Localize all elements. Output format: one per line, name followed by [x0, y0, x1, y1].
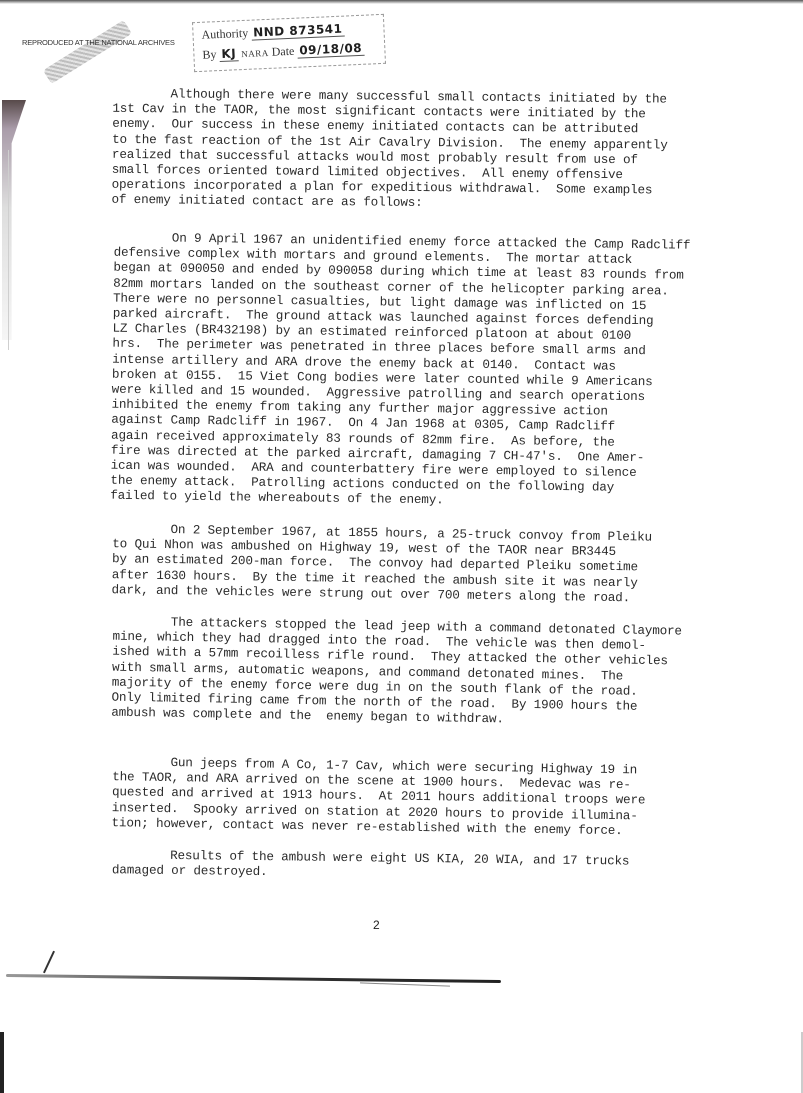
nara-label: NARA	[241, 48, 269, 59]
paragraph-attackers: The attackers stopped the lead jeep with…	[111, 615, 733, 732]
authority-row: Authority NND 873541	[201, 22, 345, 43]
paragraph-results: Results of the ambush were eight US KIA,…	[112, 848, 732, 886]
by-date-row: By KJ NARA Date 09/18/08	[202, 41, 364, 63]
pen-mark	[43, 951, 55, 974]
authority-label: Authority	[201, 26, 248, 42]
paragraph-gun-jeeps: Gun jeeps from A Co, 1-7 Cav, which were…	[111, 755, 732, 841]
scan-smudge	[43, 20, 132, 84]
date-value: 09/18/08	[297, 41, 364, 59]
page-bottom-edge-secondary	[360, 982, 450, 986]
declassification-stamp: Authority NND 873541 By KJ NARA Date 09/…	[192, 14, 386, 72]
archive-label: REPRODUCED AT THE NATIONAL ARCHIVES	[22, 38, 175, 47]
paragraph-intro: Although there were many successful smal…	[111, 87, 732, 215]
page-number: 2	[373, 918, 380, 932]
scan-left-bar	[0, 1032, 4, 1093]
authority-value: NND 873541	[251, 22, 345, 41]
paragraph-camp-radcliff: On 9 April 1967 an unidentified enemy fo…	[110, 231, 734, 513]
scan-top-edge	[0, 0, 803, 4]
scan-left-line	[8, 150, 9, 350]
by-value: KJ	[219, 46, 238, 62]
scan-left-shadow	[2, 100, 26, 340]
paragraph-convoy-ambush: On 2 September 1967, at 1855 hours, a 25…	[111, 522, 732, 608]
date-label: Date	[271, 44, 294, 59]
page-bottom-edge	[6, 974, 501, 983]
by-label: By	[202, 47, 217, 62]
